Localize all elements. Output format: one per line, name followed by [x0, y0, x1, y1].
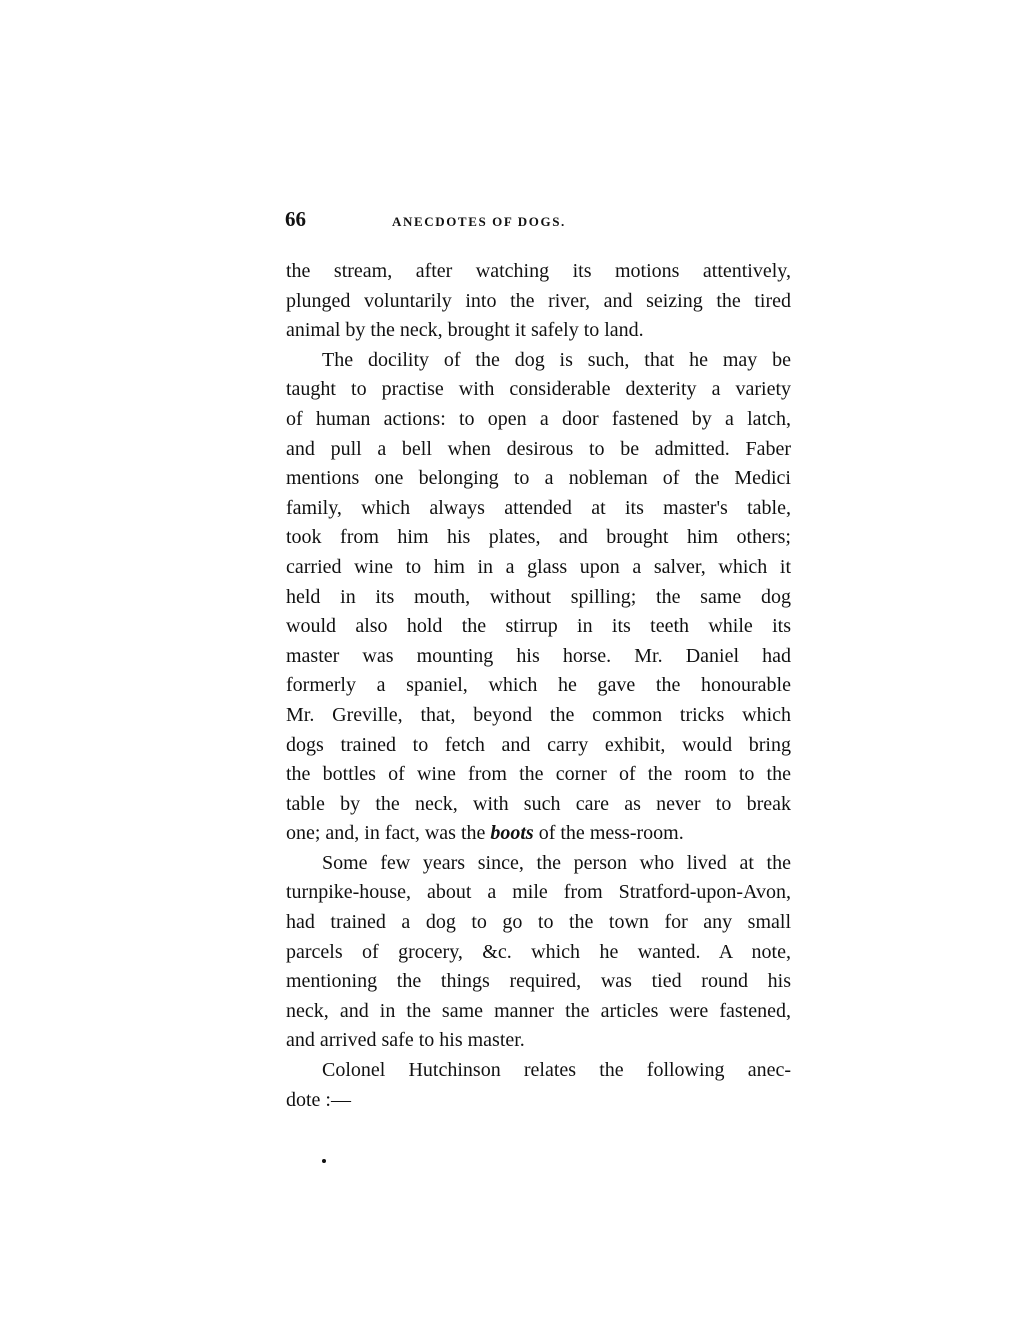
- text-line: animal by the neck, brought it safely to…: [286, 316, 791, 346]
- text-line: the bottles of wine from the corner of t…: [286, 760, 791, 790]
- ink-speck: [322, 1159, 326, 1163]
- book-page: 66 ANECDOTES OF DOGS. the stream, after …: [286, 208, 791, 1115]
- paragraph-turnpike: Some few years since, the person who liv…: [286, 849, 791, 1056]
- text-line: had trained a dog to go to the town for …: [286, 908, 791, 938]
- text-line: the stream, after watching its motions a…: [286, 257, 791, 287]
- text-line: Colonel Hutchinson relates the following…: [286, 1056, 791, 1086]
- text-line: carried wine to him in a glass upon a sa…: [286, 553, 791, 583]
- paragraph-continuation: the stream, after watching its motions a…: [286, 257, 791, 346]
- text-line: Mr. Greville, that, beyond the common tr…: [286, 701, 791, 731]
- text-line: and pull a bell when desirous to be admi…: [286, 435, 791, 465]
- text-line: turnpike-house, about a mile from Stratf…: [286, 878, 791, 908]
- running-title: ANECDOTES OF DOGS.: [392, 211, 566, 233]
- text-line: table by the neck, with such care as nev…: [286, 790, 791, 820]
- text-line: mentioning the things required, was tied…: [286, 967, 791, 997]
- text-line: and arrived safe to his master.: [286, 1026, 791, 1056]
- text-line: dote :—: [286, 1086, 791, 1116]
- italic-word-boots: boots: [490, 822, 533, 844]
- text-line: of human actions: to open a door fastene…: [286, 405, 791, 435]
- page-number: 66: [285, 208, 306, 230]
- text-line: Some few years since, the person who liv…: [286, 849, 791, 879]
- text-fragment: one; and, in fact, was the: [286, 822, 490, 844]
- text-line: The docility of the dog is such, that he…: [286, 346, 791, 376]
- text-line: mentions one belonging to a nobleman of …: [286, 464, 791, 494]
- running-head: 66 ANECDOTES OF DOGS.: [286, 208, 791, 238]
- text-line: formerly a spaniel, which he gave the ho…: [286, 671, 791, 701]
- text-line: took from him his plates, and brought hi…: [286, 523, 791, 553]
- text-line: plunged voluntarily into the river, and …: [286, 287, 791, 317]
- text-line: taught to practise with considerable dex…: [286, 375, 791, 405]
- text-line: parcels of grocery, &c. which he wanted.…: [286, 938, 791, 968]
- text-line: family, which always attended at its mas…: [286, 494, 791, 524]
- text-line: neck, and in the same manner the article…: [286, 997, 791, 1027]
- text-line-mixed: one; and, in fact, was the boots of the …: [286, 819, 791, 849]
- text-line: dogs trained to fetch and carry exhibit,…: [286, 731, 791, 761]
- paragraph-hutchinson: Colonel Hutchinson relates the following…: [286, 1056, 791, 1115]
- body-text: the stream, after watching its motions a…: [286, 257, 791, 1115]
- text-line: held in its mouth, without spilling; the…: [286, 583, 791, 613]
- text-fragment: of the mess-room.: [534, 822, 684, 844]
- text-line: master was mounting his horse. Mr. Danie…: [286, 642, 791, 672]
- paragraph-docility: The docility of the dog is such, that he…: [286, 346, 791, 849]
- text-line: would also hold the stirrup in its teeth…: [286, 612, 791, 642]
